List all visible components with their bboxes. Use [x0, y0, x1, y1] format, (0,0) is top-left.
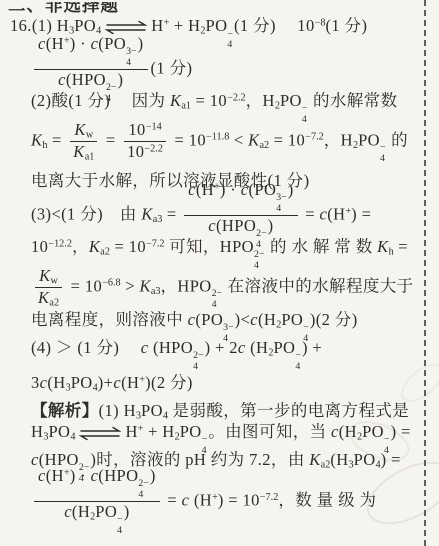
stacked-charge-script: 3−4: [126, 47, 137, 68]
answer-16-3-line2: 10−12.2，Ka2 = 10−7.2 可知，HPO2−4 的 水 解 常 数…: [31, 238, 435, 266]
equilibrium-arrow-icon: [105, 20, 147, 35]
equilibrium-arrow-icon: [79, 426, 121, 441]
stacked-charge-script: −4: [117, 515, 123, 536]
answer-16-3-line3: KwKa2 = 10−6.8 > Ka3，HPO2−4 在溶液中的水解程度大于: [31, 266, 435, 311]
answer-16-3-line1: (3)<(1 分) 由 Ka3 = c(H+) · c(PO3−4)c(HPO2…: [31, 193, 435, 238]
stacked-charge-script: 3−4: [276, 193, 287, 214]
answer-content: 二、非选择题16.(1) H3PO4H+ + H2PO−4(1 分) 10−8(…: [0, 0, 439, 524]
stacked-charge-script: 2−4: [193, 351, 204, 372]
answer-16-1-expression: c(H+) · c(PO3−4)c(HPO2−4)(1 分): [31, 47, 435, 92]
stacked-charge-script: −4: [295, 351, 301, 372]
stacked-charge-script: 2−4: [138, 479, 149, 500]
answer-16-2-line1: (2)酸(1 分) 因为 Ka1 = 10−2.2，H2PO−4 的水解常数: [31, 92, 435, 120]
answer-16-2-line2: Kh = KwKa1 = 10−1410−2.2 = 10−11.8 < Ka2…: [31, 120, 435, 165]
exam-answer-page: 二、非选择题16.(1) H3PO4H+ + H2PO−4(1 分) 10−8(…: [0, 0, 439, 546]
fraction: 10−1410−2.2: [123, 121, 167, 162]
fraction: KwKa1: [69, 121, 98, 162]
fraction: c(H+) · c(HPO2−4)c(H2PO−4): [34, 467, 160, 536]
fraction: KwKa2: [34, 267, 63, 308]
stacked-charge-script: −4: [380, 143, 386, 164]
answer-16-4-line1: (4) ＞ (1 分) c (HPO2−4) + 2c (H2PO−4) +: [31, 339, 435, 367]
stacked-charge-script: −4: [227, 30, 233, 51]
analysis-line4: c(H+) · c(HPO2−4)c(H2PO−4) = c (H+) = 10…: [31, 479, 435, 524]
